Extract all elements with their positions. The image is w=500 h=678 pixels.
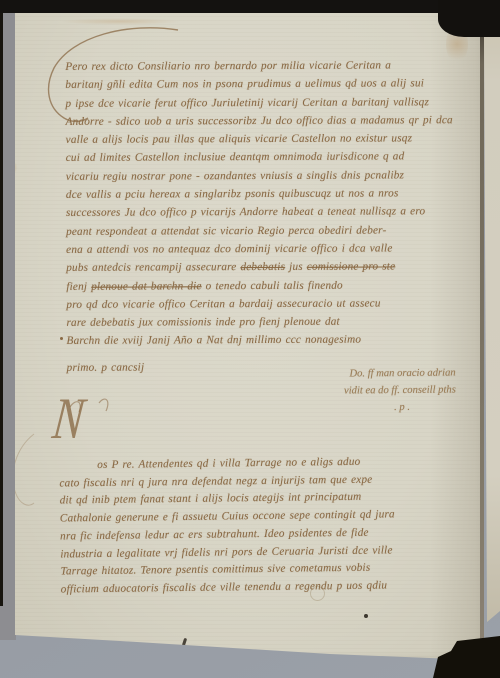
line-text: successores Ju dco offico p vicarijs And… <box>66 206 425 220</box>
line-text: o tenedo cabuli talis finendo <box>202 279 343 292</box>
manuscript-line: rare debebatis jux comissionis inde pro … <box>66 312 462 332</box>
struck-text: plenoue dat barchn die <box>91 280 202 292</box>
line-text: Do. ff man oracio adrian <box>350 368 456 380</box>
line-text: cato fiscalis nri q jura nra defendat ne… <box>59 473 372 489</box>
line-text: cui ad limites Castellon inclusiue deant… <box>66 151 405 164</box>
manuscript-line: Pero rex dicto Consiliario nro bernardo … <box>65 56 461 76</box>
line-text: Tarrage hitatoz. Tenore psentis comittim… <box>60 562 370 578</box>
chancery-signature-block: Do. ff man oracio adrianvidit ea do ff. … <box>344 366 456 416</box>
line-text: os P re. Attendentes qd i villa Tarrage … <box>97 456 360 471</box>
line-text: vicariu regiu nostrar pone - ozandantes … <box>66 169 404 182</box>
line-text: . p . <box>394 402 410 413</box>
manuscript-page: N Pero rex dicto Consiliario nro bernard… <box>0 0 500 678</box>
line-text: valle a alijs locis pau illas que aliqui… <box>66 133 413 147</box>
manuscript-line: peant respondeat a attendat sic vicario … <box>66 221 462 241</box>
ink-speck <box>364 614 368 618</box>
line-text: pubs antedcis rencampij assecurare <box>66 261 240 274</box>
manuscript-photo: N Pero rex dicto Consiliario nro bernard… <box>0 0 500 678</box>
paragraph-1-lines: Pero rex dicto Consiliario nro bernardo … <box>65 56 462 377</box>
line-text: Barchn die xviij Janij Año a Nat dnj mil… <box>67 334 362 347</box>
manuscript-line: pro qd dco vicarie offico Ceritan a bard… <box>66 294 462 314</box>
manuscript-line: Do. ff man oracio adrian <box>350 366 456 382</box>
line-text: dit qd inib ptem fanat stant i alijs loc… <box>60 491 362 507</box>
line-text: baritanj gñli edita Cum nos in psona pru… <box>65 78 424 92</box>
struck-text: debebatis <box>240 261 285 273</box>
manuscript-line: ena a attendi vos no antequaz dco domini… <box>66 239 462 259</box>
manuscript-line: fienj plenoue dat barchn die o tenedo ca… <box>66 276 462 296</box>
manuscript-line: Andorre - sdico uob a uris successoribz … <box>66 111 462 131</box>
line-text: rare debebatis jux comissionis inde pro … <box>66 316 339 329</box>
line-text: p ipse dce vicarie ferut offico Juriulet… <box>65 96 429 110</box>
line-text: vidit ea do ff. conseill pths <box>344 385 456 397</box>
manuscript-line: officium aduocatoris fiscalis dce ville … <box>61 576 463 599</box>
manuscript-line: . p . <box>394 400 410 415</box>
ink-speck <box>182 638 187 647</box>
line-text: Andorre - sdico uob a uris successoribz … <box>66 114 453 128</box>
line-text: fienj <box>66 280 91 292</box>
manuscript-line: pubs antedcis rencampij assecurare debeb… <box>66 257 462 277</box>
line-text: primo. p cancsij <box>67 361 145 373</box>
line-text: officium aduocatoris fiscalis dce ville … <box>61 579 388 595</box>
initial-ghost-flourish <box>13 434 34 505</box>
manuscript-line: Barchn die xviij Janij Año a Nat dnj mil… <box>67 331 463 351</box>
backdrop-top-edge <box>0 0 500 13</box>
line-text: nra fic indefensa ledur ac ers subtrahun… <box>60 526 369 542</box>
struck-text: comissione pro ste <box>307 261 396 273</box>
edge-browning <box>60 18 180 25</box>
manuscript-line: p ipse dce vicarie ferut offico Juriulet… <box>65 93 461 113</box>
manuscript-line: dce vallis a pciu hereax a singlaribz ps… <box>66 184 462 204</box>
manuscript-line: vidit ea do ff. conseill pths <box>344 383 456 399</box>
manuscript-line: valle a alijs locis pau illas que aliqui… <box>66 129 462 149</box>
backdrop-left-edge <box>0 0 3 606</box>
manuscript-line: vicariu regiu nostrar pone - ozandantes … <box>66 166 462 186</box>
backdrop-top-right-corner <box>438 0 500 37</box>
manuscript-line: baritanj gñli edita Cum nos in psona pru… <box>65 74 461 94</box>
line-text: dce vallis a pciu hereax a singlaribz ps… <box>66 187 399 200</box>
line-text: jus <box>285 261 307 273</box>
ink-dot <box>60 337 63 340</box>
line-text: ena a attendi vos no antequaz dco domini… <box>66 242 392 255</box>
line-text: pro qd dco vicarie offico Ceritan a bard… <box>66 297 380 310</box>
line-text: peant respondeat a attendat sic vicario … <box>66 224 386 237</box>
line-text: industria a legalitate vrj fidelis nri p… <box>60 544 392 560</box>
line-text: Cathalonie generune e fi assuetu Cuius o… <box>60 508 395 524</box>
paragraph-2-lines: os P re. Attendentes qd i villa Tarrage … <box>59 453 463 600</box>
initial-letter-N: N <box>50 389 87 448</box>
manuscript-line: cui ad limites Castellon inclusiue deant… <box>66 148 462 168</box>
manuscript-line: successores Ju dco offico p vicarijs And… <box>66 203 462 223</box>
line-text: Pero rex dicto Consiliario nro bernardo … <box>65 59 391 72</box>
